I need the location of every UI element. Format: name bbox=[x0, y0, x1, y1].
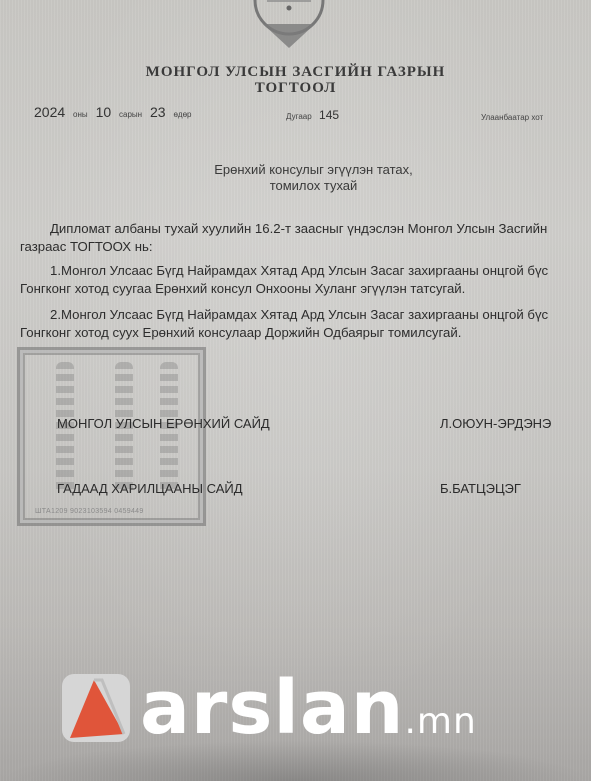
arslan-watermark: arslan.mn bbox=[62, 672, 552, 744]
document-type: ТОГТООЛ bbox=[0, 80, 591, 97]
official-seal-icon: ШТА1209 9023103594 0459449 bbox=[17, 347, 206, 526]
watermark-brand: arslan.mn bbox=[140, 672, 477, 758]
document-page: МОНГОЛ УЛСЫН ЗАСГИЙН ГАЗРЫН ТОГТООЛ 2024… bbox=[0, 0, 591, 781]
state-emblem-icon bbox=[243, 0, 335, 50]
date-month-suffix: сарын bbox=[119, 110, 142, 119]
date-year: 2024 bbox=[34, 104, 65, 120]
signatory-name-foreign-minister: Б.БАТЦЭЦЭГ bbox=[440, 481, 521, 496]
clause-2-text: 2.Монгол Улсаас Бүгд Найрамдах Хятад Ард… bbox=[20, 307, 548, 340]
date-day: 23 bbox=[150, 104, 166, 120]
document-date: 2024 оны 10 сарын 23 өдөр bbox=[34, 104, 195, 120]
number-label: Дугаар bbox=[286, 112, 312, 121]
date-day-suffix: өдөр bbox=[173, 110, 191, 119]
brand-name: arslan bbox=[140, 665, 404, 751]
preamble-text: Дипломат албаны тухай хуулийн 16.2-т заа… bbox=[20, 221, 547, 254]
document-title: МОНГОЛ УЛСЫН ЗАСГИЙН ГАЗРЫН bbox=[0, 64, 591, 81]
clause-1-text: 1.Монгол Улсаас Бүгд Найрамдах Хятад Ард… bbox=[20, 263, 548, 296]
subject-line-2: томилох тухай bbox=[18, 178, 591, 193]
arslan-logo-icon bbox=[62, 672, 130, 744]
seal-code: ШТА1209 9023103594 0459449 bbox=[35, 508, 144, 515]
signatory-title-foreign-minister: ГАДААД ХАРИЛЦААНЫ САЙД bbox=[57, 481, 243, 496]
subject-line-1: Ерөнхий консулыг эгүүлэн татах, bbox=[18, 162, 591, 177]
number-value: 145 bbox=[319, 108, 339, 122]
date-month: 10 bbox=[96, 104, 112, 120]
signatory-title-prime-minister: МОНГОЛ УЛСЫН ЕРӨНХИЙ САЙД bbox=[57, 416, 270, 431]
document-number: Дугаар 145 bbox=[286, 108, 339, 122]
brand-domain: .mn bbox=[404, 701, 476, 742]
clause-2: 2.Монгол Улсаас Бүгд Найрамдах Хятад Ард… bbox=[20, 306, 560, 342]
signatory-name-prime-minister: Л.ОЮУН-ЭРДЭНЭ bbox=[440, 416, 551, 431]
clause-1: 1.Монгол Улсаас Бүгд Найрамдах Хятад Ард… bbox=[20, 262, 560, 298]
document-city: Улаанбаатар хот bbox=[481, 113, 543, 122]
date-year-suffix: оны bbox=[73, 110, 88, 119]
preamble: Дипломат албаны тухай хуулийн 16.2-т заа… bbox=[20, 220, 560, 256]
